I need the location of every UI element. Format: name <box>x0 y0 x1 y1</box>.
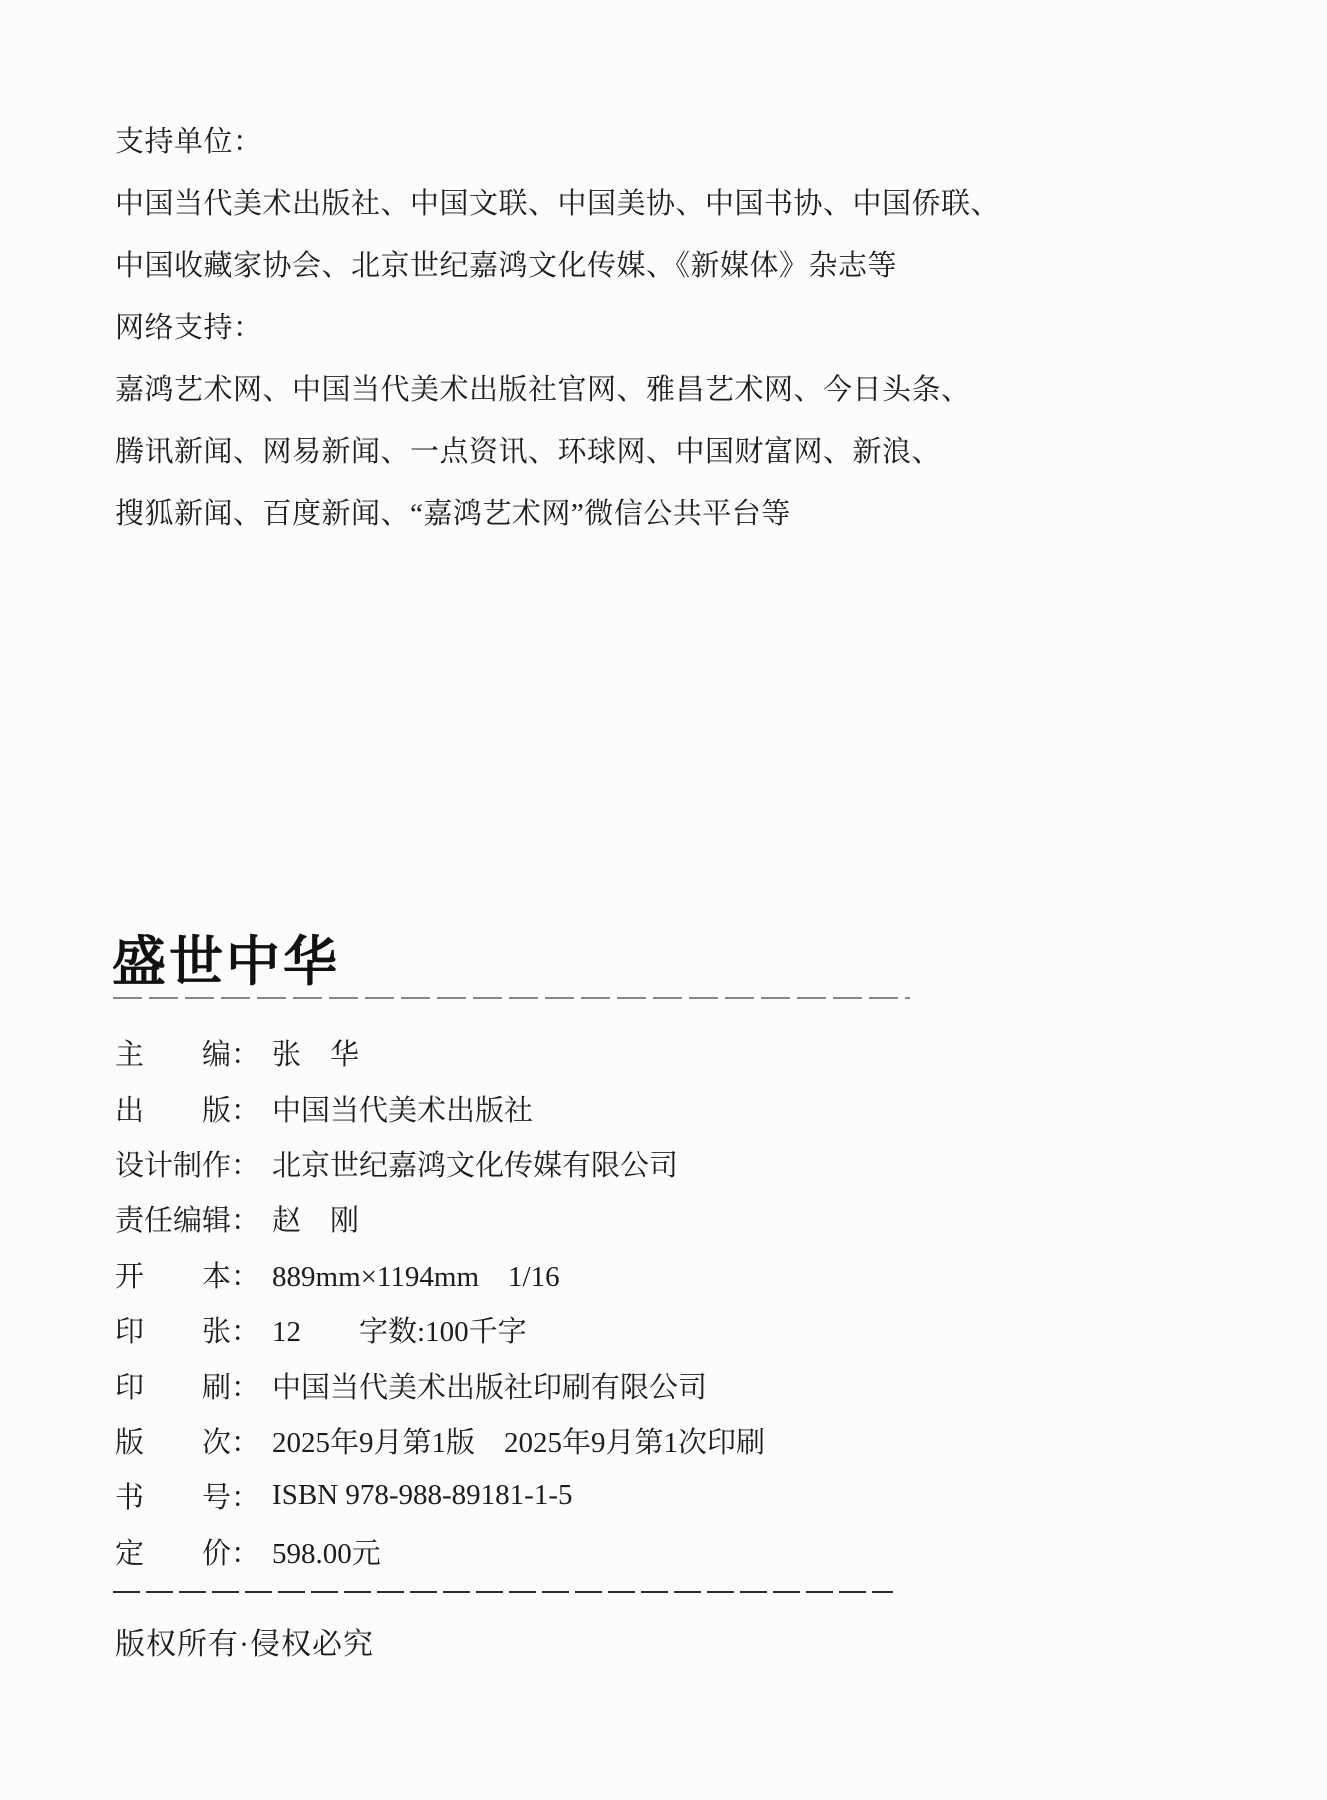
network-support-line: 腾讯新闻、网易新闻、一点资讯、环球网、中国财富网、新浪、 <box>115 418 1015 480</box>
field-value: 中国当代美术出版社印刷有限公司 <box>272 1365 707 1406</box>
field-colon: ： <box>231 1420 260 1461</box>
field-colon: ： <box>231 1198 260 1239</box>
field-colon: ： <box>231 1254 260 1295</box>
field-label: 开 本 <box>115 1254 231 1295</box>
colophon-row-isbn: 书 号：ISBN 978-988-89181-1-5 <box>115 1468 1115 1523</box>
field-value: 赵 刚 <box>272 1198 359 1239</box>
copyright-notice: 版权所有·侵权必究 <box>115 1613 374 1668</box>
colophon-row-printer: 印 刷：中国当代美术出版社印刷有限公司 <box>115 1357 1115 1412</box>
colophon-row-chief-editor: 主 编：张 华 <box>115 1025 1115 1080</box>
colophon-info-section: 主 编：张 华 出 版：中国当代美术出版社 设计制作：北京世纪嘉鸿文化传媒有限公… <box>115 1025 1115 1579</box>
support-heading: 支持单位： <box>115 108 1015 170</box>
network-heading: 网络支持： <box>115 294 1015 356</box>
support-unit-line: 中国当代美术出版社、中国文联、中国美协、中国书协、中国侨联、 <box>115 170 1015 232</box>
field-value: 张 华 <box>272 1032 359 1073</box>
colophon-row-sheets: 印 张：12 字数:100千字 <box>115 1302 1115 1357</box>
colophon-page: 支持单位： 中国当代美术出版社、中国文联、中国美协、中国书协、中国侨联、 中国收… <box>0 0 1327 1800</box>
bottom-divider-dashed-line <box>113 1591 893 1593</box>
field-label: 责任编辑 <box>115 1198 231 1239</box>
colophon-row-responsible-editor: 责任编辑：赵 刚 <box>115 1191 1115 1246</box>
field-label: 印 张 <box>115 1309 231 1350</box>
field-label: 设计制作 <box>115 1143 231 1184</box>
field-value: 2025年9月第1版 2025年9月第1次印刷 <box>272 1420 765 1461</box>
field-colon: ： <box>231 1032 260 1073</box>
field-label: 书 号 <box>115 1475 231 1516</box>
field-colon: ： <box>231 1143 260 1184</box>
network-support-line: 嘉鸿艺术网、中国当代美术出版社官网、雅昌艺术网、今日头条、 <box>115 356 1015 418</box>
field-colon: ： <box>231 1088 260 1129</box>
colophon-row-format: 开 本：889mm×1194mm 1/16 <box>115 1247 1115 1302</box>
field-value: 中国当代美术出版社 <box>272 1088 533 1129</box>
field-value: 北京世纪嘉鸿文化传媒有限公司 <box>272 1143 678 1184</box>
field-label: 出 版 <box>115 1088 231 1129</box>
field-label: 定 价 <box>115 1531 231 1572</box>
colophon-row-publisher: 出 版：中国当代美术出版社 <box>115 1080 1115 1135</box>
field-colon: ： <box>231 1531 260 1572</box>
field-value: 889mm×1194mm 1/16 <box>272 1254 560 1295</box>
field-colon: ： <box>231 1475 260 1516</box>
support-section: 支持单位： 中国当代美术出版社、中国文联、中国美协、中国书协、中国侨联、 中国收… <box>115 108 1015 542</box>
field-colon: ： <box>231 1309 260 1350</box>
title-divider-dashed-line <box>113 997 910 999</box>
field-label: 主 编 <box>115 1032 231 1073</box>
book-title: 盛世中华 <box>112 930 340 995</box>
network-support-line: 搜狐新闻、百度新闻、“嘉鸿艺术网”微信公共平台等 <box>115 480 1015 542</box>
colophon-row-price: 定 价：598.00元 <box>115 1524 1115 1579</box>
field-value: 598.00元 <box>272 1531 381 1572</box>
field-value: ISBN 978-988-89181-1-5 <box>272 1479 572 1512</box>
field-colon: ： <box>231 1365 260 1406</box>
field-value: 12 字数:100千字 <box>272 1309 527 1350</box>
support-unit-line: 中国收藏家协会、北京世纪嘉鸿文化传媒、《新媒体》杂志等 <box>115 232 1015 294</box>
colophon-row-design: 设计制作：北京世纪嘉鸿文化传媒有限公司 <box>115 1136 1115 1191</box>
colophon-row-edition: 版 次：2025年9月第1版 2025年9月第1次印刷 <box>115 1413 1115 1468</box>
field-label: 印 刷 <box>115 1365 231 1406</box>
field-label: 版 次 <box>115 1420 231 1461</box>
